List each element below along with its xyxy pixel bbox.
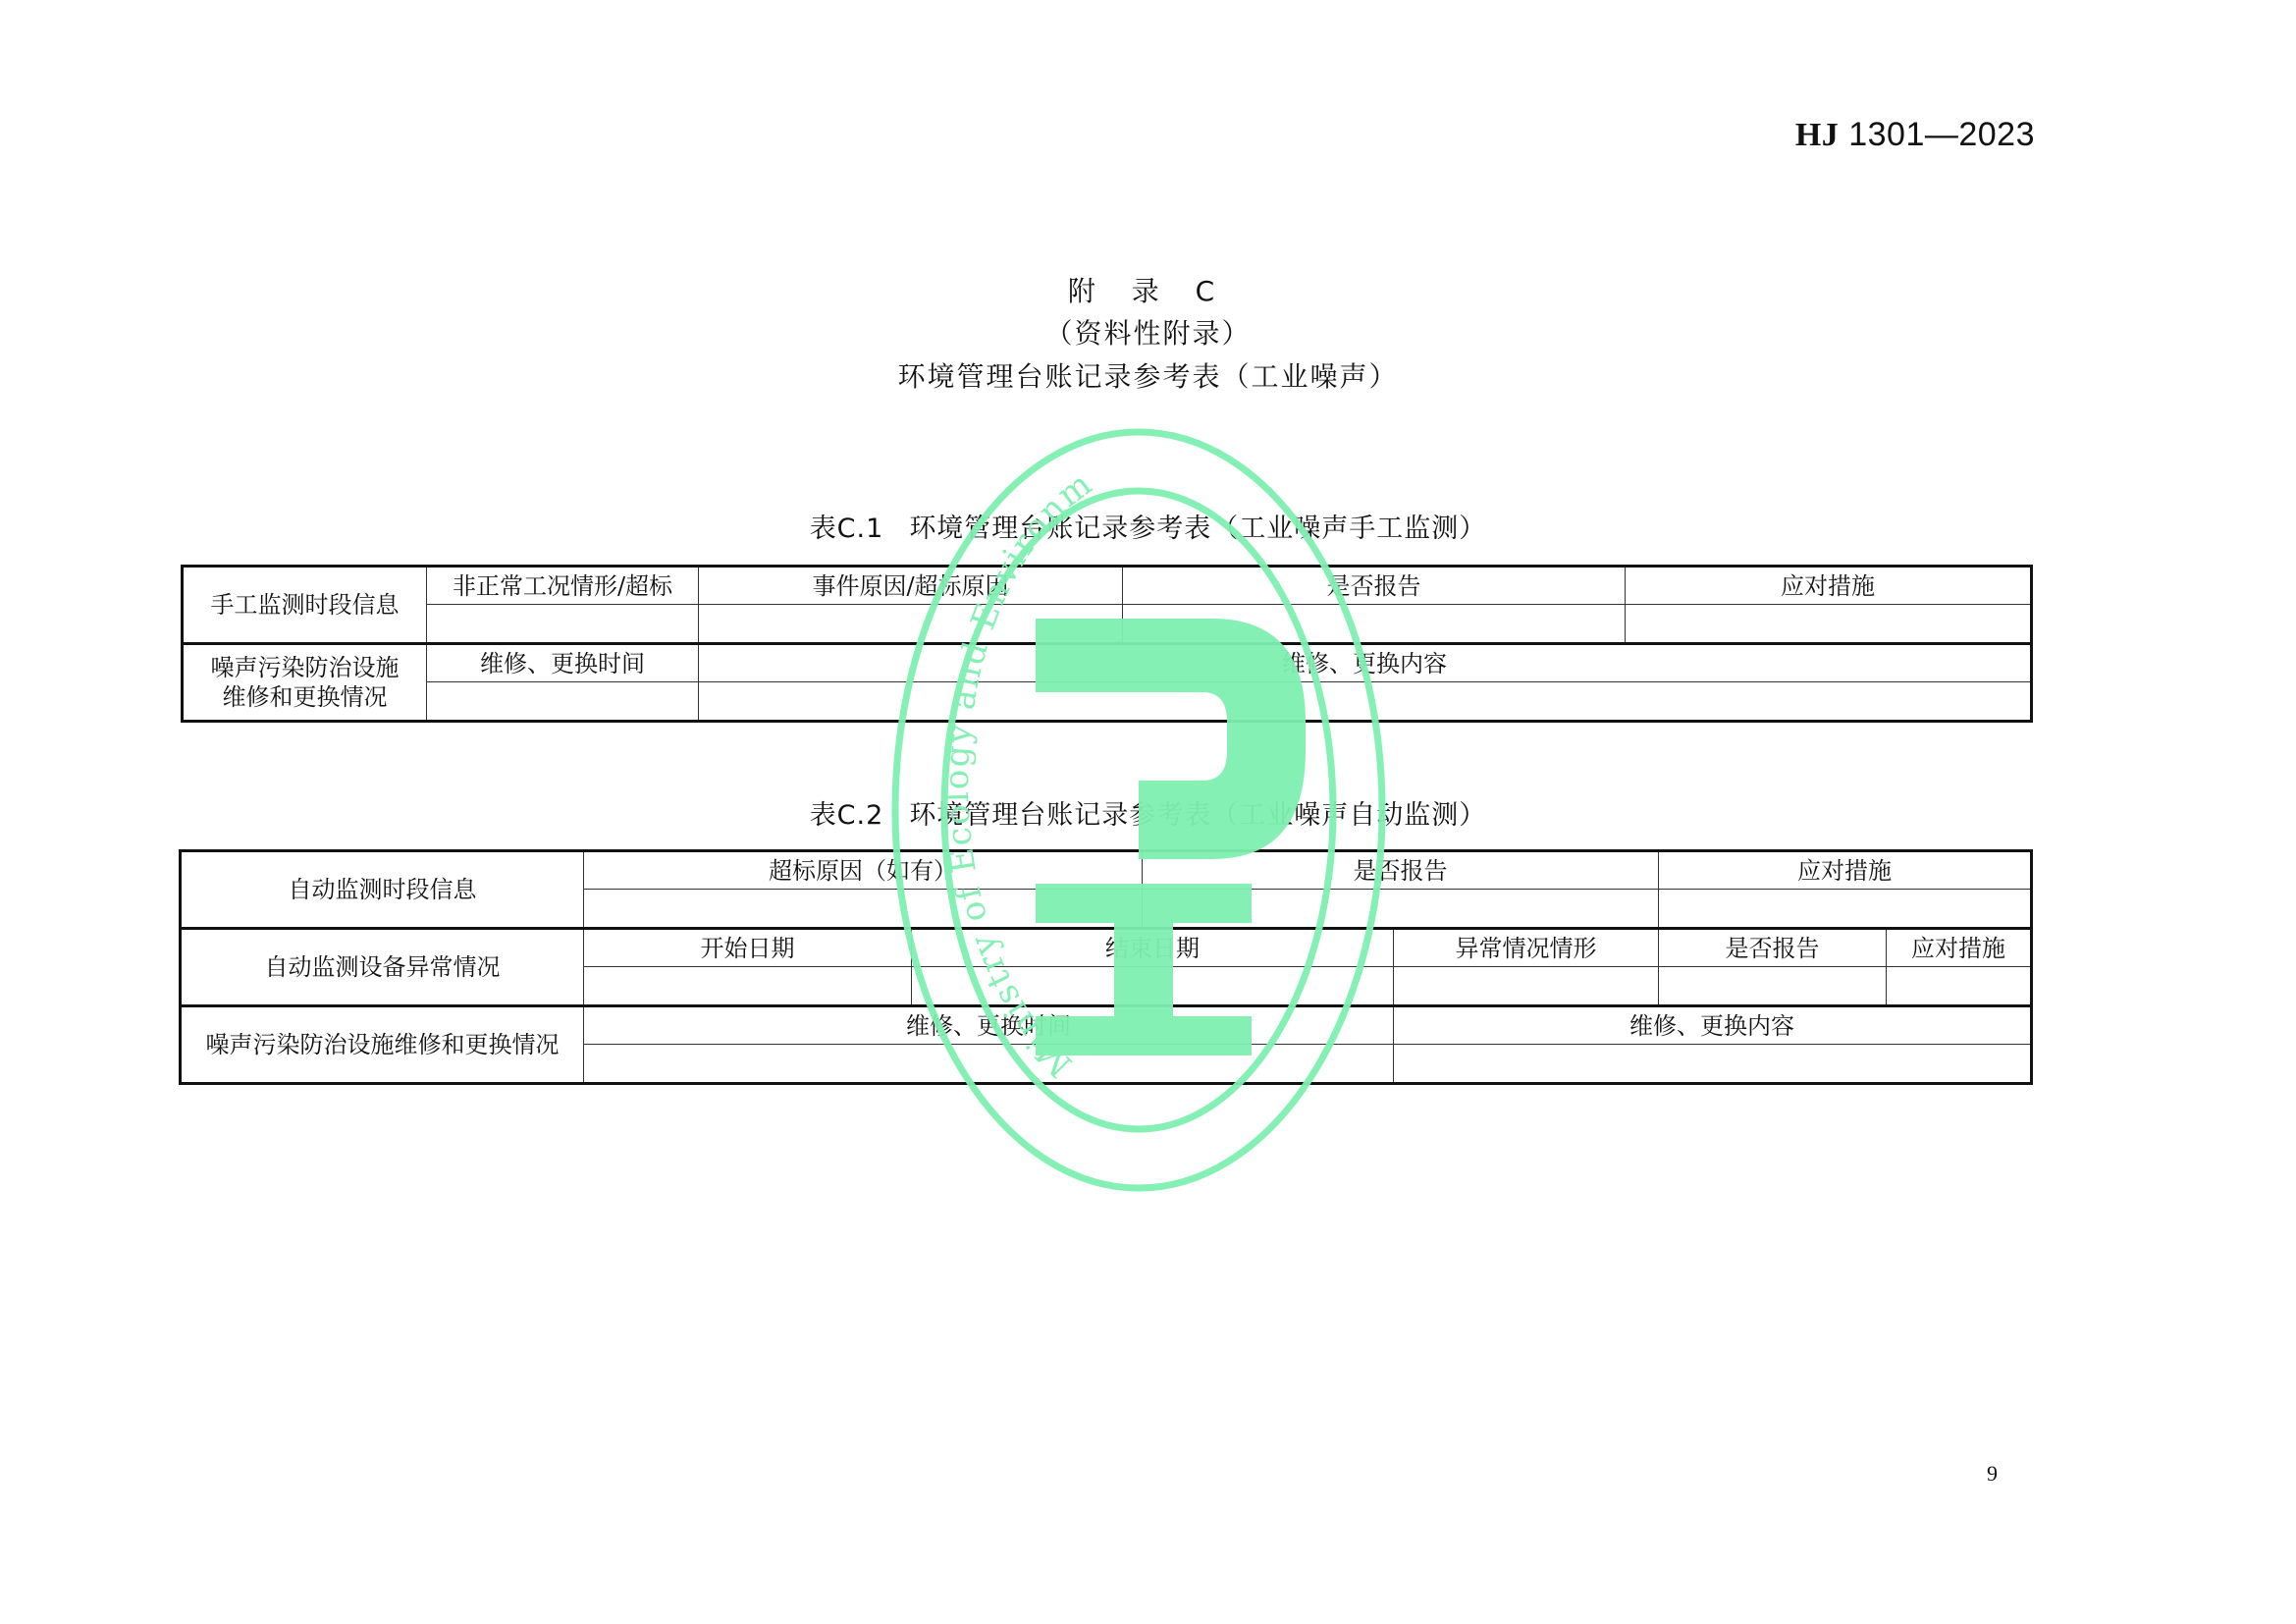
- column-header: 维修、更换时间: [584, 1006, 1394, 1045]
- row-label: 手工监测时段信息: [183, 567, 427, 644]
- entry-cell[interactable]: [1143, 890, 1659, 929]
- row-label: 自动监测时段信息: [181, 851, 584, 929]
- appendix-label: 附 录 C: [0, 270, 2296, 309]
- table-row: 自动监测时段信息 超标原因（如有） 是否报告 应对措施: [181, 851, 2032, 890]
- column-header: 应对措施: [1887, 929, 2032, 967]
- table1-number: 表C.1: [810, 514, 884, 544]
- entry-cell[interactable]: [427, 682, 699, 722]
- entry-cell[interactable]: [1659, 890, 2032, 929]
- column-header: 超标原因（如有）: [584, 851, 1143, 890]
- entry-cell[interactable]: [1626, 605, 2032, 644]
- table1-caption-text: 环境管理台账记录参考表（工业噪声手工监测）: [909, 514, 1486, 544]
- entry-cell[interactable]: [584, 967, 912, 1006]
- column-header: 非正常工况情形/超标: [427, 567, 699, 605]
- table-row: 噪声污染防治设施 维修和更换情况 维修、更换时间 维修、更换内容: [183, 644, 2032, 682]
- row-label: 自动监测设备异常情况: [181, 929, 584, 1006]
- entry-cell[interactable]: [584, 1045, 1394, 1084]
- column-header: 开始日期: [584, 929, 912, 967]
- table2-caption: 表C.2环境管理台账记录参考表（工业噪声自动监测）: [0, 793, 2296, 832]
- table-row: 手工监测时段信息 非正常工况情形/超标 事件原因/超标原因 是否报告 应对措施: [183, 567, 2032, 605]
- column-header: 异常情况情形: [1394, 929, 1659, 967]
- column-header: 事件原因/超标原因: [699, 567, 1123, 605]
- table2-number: 表C.2: [810, 800, 884, 831]
- column-header: 是否报告: [1123, 567, 1626, 605]
- table2-automatic-monitoring: 自动监测时段信息 超标原因（如有） 是否报告 应对措施 自动监测设备异常情况 开…: [179, 849, 2033, 1085]
- page-number: 9: [1987, 1461, 1998, 1487]
- table2-caption-text: 环境管理台账记录参考表（工业噪声自动监测）: [909, 800, 1486, 831]
- standard-number: 1301—2023: [1848, 116, 2035, 153]
- column-header: 结束日期: [912, 929, 1394, 967]
- column-header: 维修、更换时间: [427, 644, 699, 682]
- entry-cell[interactable]: [699, 605, 1123, 644]
- column-header: 维修、更换内容: [1394, 1006, 2032, 1045]
- row-label: 噪声污染防治设施维修和更换情况: [181, 1006, 584, 1084]
- column-header: 是否报告: [1143, 851, 1659, 890]
- row-label-line: 噪声污染防治设施: [184, 653, 426, 682]
- entry-cell[interactable]: [427, 605, 699, 644]
- row-label: 噪声污染防治设施 维修和更换情况: [183, 644, 427, 722]
- column-header: 应对措施: [1659, 851, 2032, 890]
- table1-caption: 表C.1环境管理台账记录参考表（工业噪声手工监测）: [0, 507, 2296, 545]
- column-header: 维修、更换内容: [699, 644, 2032, 682]
- table-row: [183, 605, 2032, 644]
- entry-cell[interactable]: [912, 967, 1394, 1006]
- entry-cell[interactable]: [1887, 967, 2032, 1006]
- entry-cell[interactable]: [1394, 1045, 2032, 1084]
- entry-cell[interactable]: [1123, 605, 1626, 644]
- appendix-type: （资料性附录）: [0, 312, 2296, 352]
- column-header: 是否报告: [1659, 929, 1887, 967]
- entry-cell[interactable]: [1394, 967, 1659, 1006]
- table1-manual-monitoring: 手工监测时段信息 非正常工况情形/超标 事件原因/超标原因 是否报告 应对措施 …: [181, 565, 2033, 723]
- table-row: 自动监测设备异常情况 开始日期 结束日期 异常情况情形 是否报告 应对措施: [181, 929, 2032, 967]
- appendix-title: 环境管理台账记录参考表（工业噪声）: [0, 355, 2296, 395]
- entry-cell[interactable]: [584, 890, 1143, 929]
- table-row: 噪声污染防治设施维修和更换情况 维修、更换时间 维修、更换内容: [181, 1006, 2032, 1045]
- standard-code: HJ 1301—2023: [1795, 116, 2035, 154]
- table-row: [183, 682, 2032, 722]
- row-label-line: 维修和更换情况: [184, 682, 426, 712]
- column-header: 应对措施: [1626, 567, 2032, 605]
- standard-prefix: HJ: [1795, 117, 1839, 153]
- entry-cell[interactable]: [1659, 967, 1887, 1006]
- entry-cell[interactable]: [699, 682, 2032, 722]
